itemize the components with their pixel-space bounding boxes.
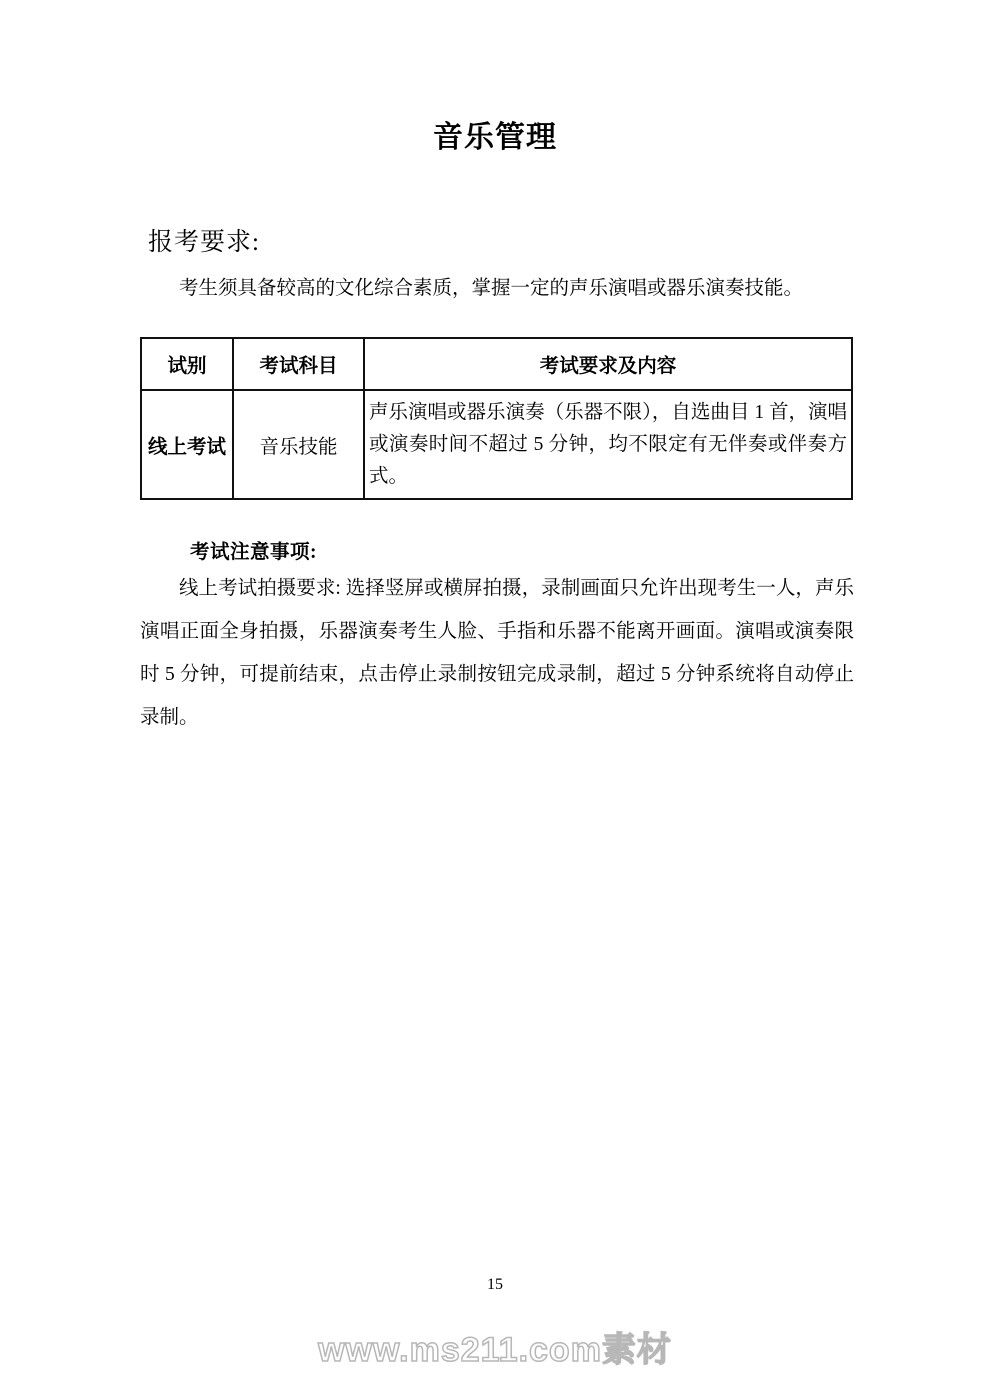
notes-body: 线上考试拍摄要求: 选择竖屏或横屏拍摄，录制画面只允许出现考生一人，声乐演唱正面… <box>140 567 854 739</box>
table-header-subject: 考试科目 <box>233 338 364 390</box>
page-number: 15 <box>0 1276 990 1294</box>
table-cell-exam-type: 线上考试 <box>141 390 233 499</box>
page-title: 音乐管理 <box>0 112 990 156</box>
exam-table: 试别 考试科目 考试要求及内容 线上考试 音乐技能 声乐演唱或器乐演奏（乐器不限… <box>140 337 853 500</box>
requirements-heading: 报考要求: <box>148 222 260 258</box>
requirements-body: 考生须具备较高的文化综合素质，掌握一定的声乐演唱或器乐演奏技能。 <box>140 274 852 304</box>
table-header-content: 考试要求及内容 <box>364 338 852 390</box>
table-cell-subject: 音乐技能 <box>233 390 364 499</box>
table-cell-content: 声乐演唱或器乐演奏（乐器不限），自选曲目 1 首，演唱或演奏时间不超过 5 分钟… <box>364 390 852 499</box>
notes-heading: 考试注意事项: <box>190 536 317 564</box>
document-page: 音乐管理 报考要求: 考生须具备较高的文化综合素质，掌握一定的声乐演唱或器乐演奏… <box>0 0 990 1399</box>
table-row: 线上考试 音乐技能 声乐演唱或器乐演奏（乐器不限），自选曲目 1 首，演唱或演奏… <box>141 390 852 499</box>
watermark: www.ms211.com素材 <box>0 1322 990 1371</box>
table-header-exam-type: 试别 <box>141 338 233 390</box>
table-header-row: 试别 考试科目 考试要求及内容 <box>141 338 852 390</box>
